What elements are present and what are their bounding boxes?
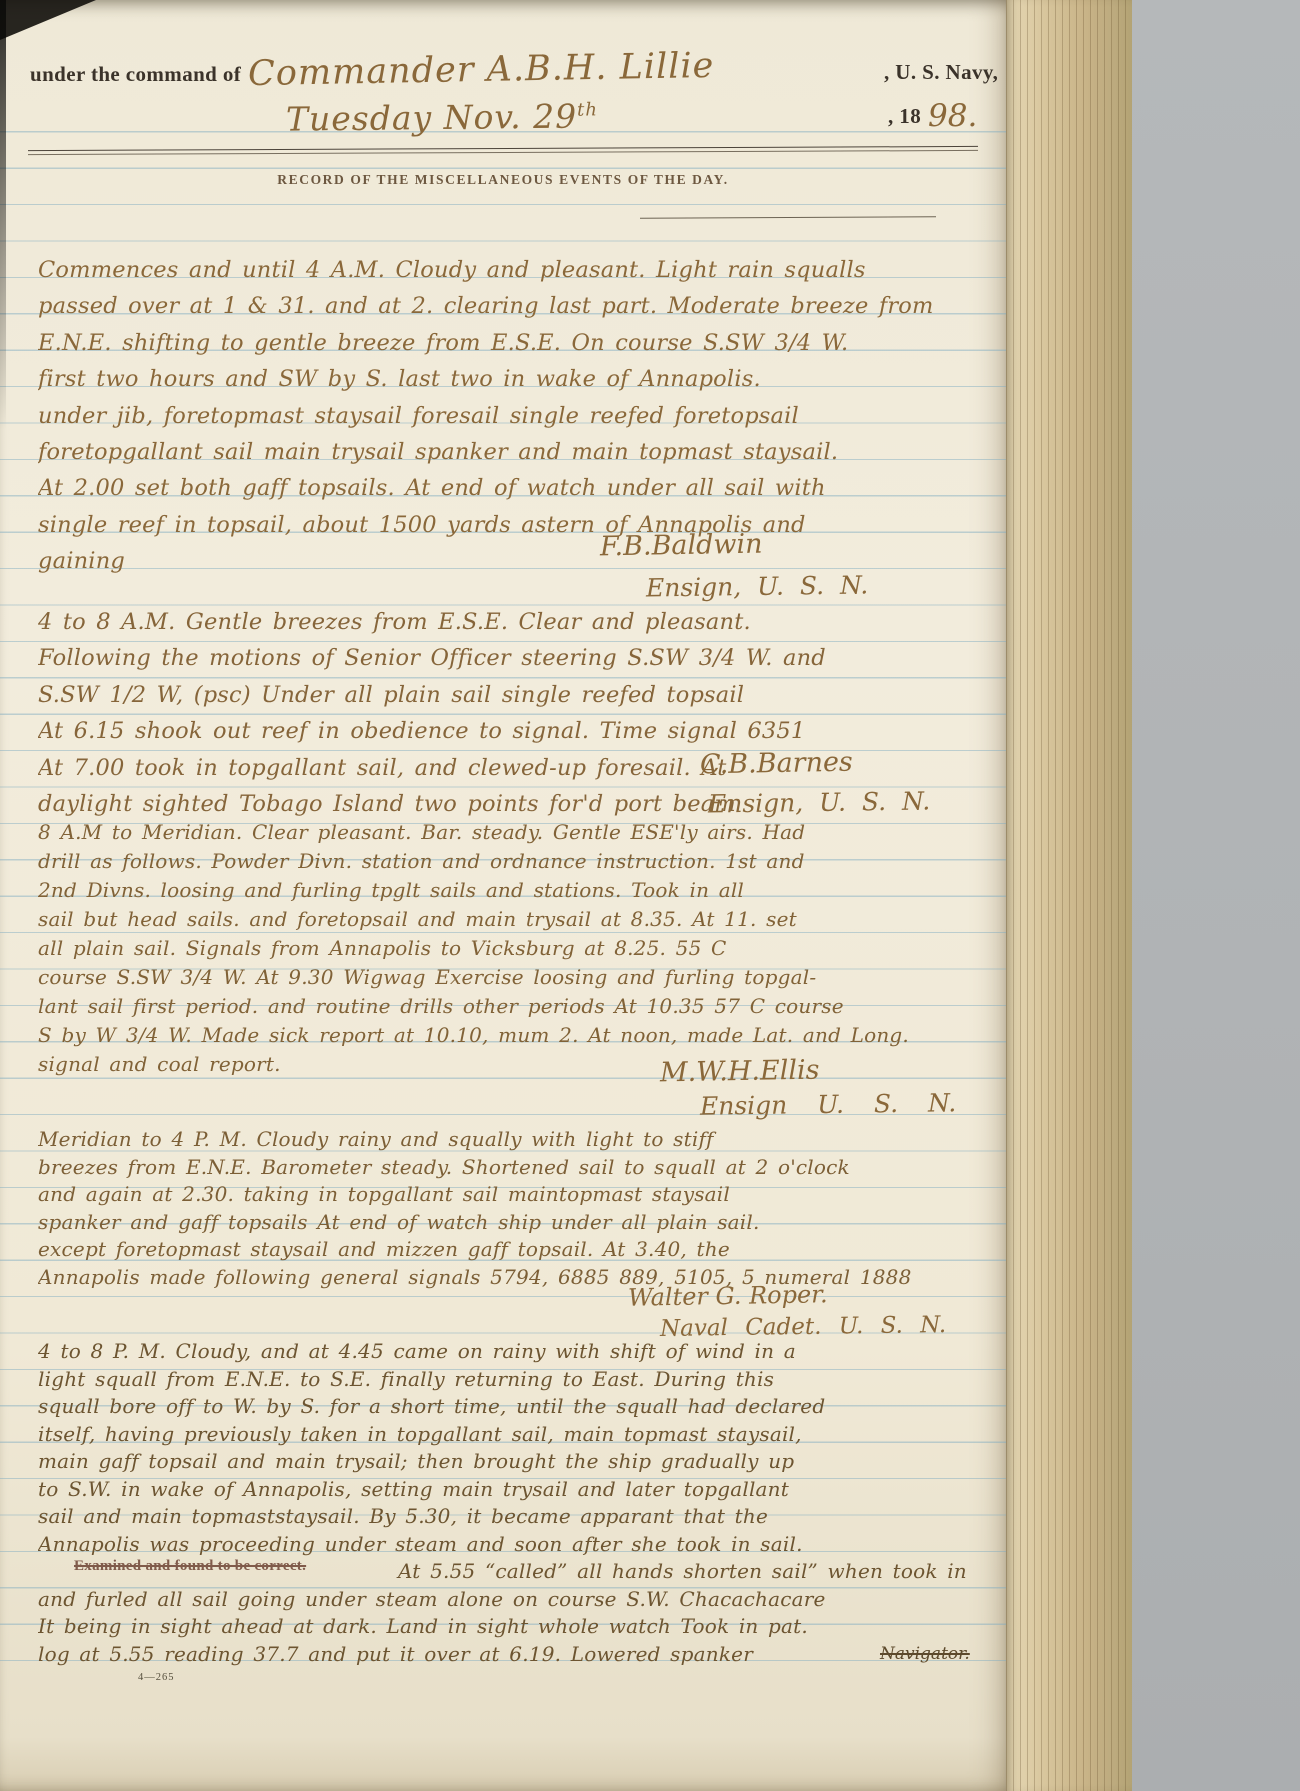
log-line: under jib, foretopmast staysail foresail… [38,398,994,434]
log-line: Annapolis was proceeding under steam and… [38,1531,994,1559]
log-line: passed over at 1 & 31. and at 2. clearin… [38,288,994,324]
log-line: 4 to 8 P. M. Cloudy, and at 4.45 came on… [38,1338,994,1366]
log-line: spanker and gaff topsails At end of watc… [38,1209,994,1237]
log-line: sail but head sails. and foretopsail and… [38,905,994,934]
log-line: foretopgallant sail main trysail spanker… [38,434,994,470]
log-line: At 6.15 shook out reef in obedience to s… [38,713,994,749]
log-line: log at 5.55 reading 37.7 and put it over… [38,1641,994,1669]
log-line: itself, having previously taken in topga… [38,1421,994,1449]
log-line: main gaff topsail and main trysail; then… [38,1448,994,1476]
entry-lines: 8 A.M to Meridian. Clear pleasant. Bar. … [0,818,1006,1079]
log-entry-commences-until-4am: Commences and until 4 A.M. Cloudy and pl… [0,252,1006,580]
navigator-word-struck: Navigator. [880,1644,970,1664]
log-line: Following the motions of Senior Officer … [38,640,994,676]
log-line: to S.W. in wake of Annapolis, setting ma… [38,1476,994,1504]
signature-name: C.B.Barnes [700,747,853,781]
log-line: E.N.E. shifting to gentle breeze from E.… [38,325,994,361]
entry-lines: Commences and until 4 A.M. Cloudy and pl… [0,252,1006,580]
log-line: all plain sail. Signals from Annapolis t… [38,934,994,963]
log-line: breezes from E.N.E. Barometer steady. Sh… [38,1154,994,1182]
log-line: and furled all sail going under steam al… [38,1586,994,1614]
log-entry-4-to-8pm: 4 to 8 P. M. Cloudy, and at 4.45 came on… [0,1338,1006,1668]
entry-lines: 4 to 8 P. M. Cloudy, and at 4.45 came on… [0,1338,1006,1668]
log-line: squall bore off to W. by S. for a short … [38,1393,994,1421]
handwritten-year: 98. [928,98,977,134]
log-line: 2nd Divns. loosing and furling tpglt sai… [38,876,994,905]
log-line: course S.SW 3/4 W. At 9.30 Wigwag Exerci… [38,963,994,992]
log-line: light squall from E.N.E. to S.E. finally… [38,1366,994,1394]
printed-command-prefix: under the command of [30,62,241,87]
log-line: sail and main topmaststaysail. By 5.30, … [38,1503,994,1531]
printed-year-prefix: , 18 [888,104,921,129]
log-line: signal and coal report. [38,1050,994,1079]
handwritten-commander-name: Commander A.B.H. Lillie [248,46,715,94]
log-line: except foretopmast staysail and mizzen g… [38,1236,994,1264]
logbook-page: under the command of Commander A.B.H. Li… [0,0,1006,1791]
examined-stamp-struck: Examined and found to be correct. [74,1558,306,1575]
log-line: S.SW 1/2 W, (psc) Under all plain sail s… [38,677,994,713]
signature-title: Ensign U. S. N. [700,1088,957,1121]
signature-name: Walter G. Roper. [628,1280,828,1311]
log-entry-8am-to-meridian: 8 A.M to Meridian. Clear pleasant. Bar. … [0,818,1006,1079]
log-line: Commences and until 4 A.M. Cloudy and pl… [38,252,994,288]
form-number: 4—265 [138,1672,175,1683]
log-line: Annapolis made following general signals… [38,1264,994,1292]
date-ordinal: th [577,99,598,120]
log-line: drill as follows. Powder Divn. station a… [38,847,994,876]
log-line: S by W 3/4 W. Made sick report at 10.10,… [38,1021,994,1050]
log-entry-meridian-to-4pm: Meridian to 4 P. M. Cloudy rainy and squ… [0,1126,1006,1291]
log-line: Meridian to 4 P. M. Cloudy rainy and squ… [38,1126,994,1154]
log-line: first two hours and SW by S. last two in… [38,361,994,397]
date-text: Tuesday Nov. 29 [286,97,578,139]
log-line: 4 to 8 A.M. Gentle breezes from E.S.E. C… [38,604,994,640]
log-line: and again at 2.30. taking in topgallant … [38,1181,994,1209]
signature-name: F.B.Baldwin [600,529,763,563]
log-line: At 2.00 set both gaff topsails. At end o… [38,470,994,506]
signature-title: Ensign, U. S. N. [646,570,869,602]
scanner-background [1132,0,1300,1791]
scan-corner-shadow [0,0,96,40]
signature-name: M.W.H.Ellis [660,1055,820,1089]
log-line: 8 A.M to Meridian. Clear pleasant. Bar. … [38,818,994,847]
handwritten-date: Tuesday Nov. 29th [286,96,598,138]
log-line: It being in sight ahead at dark. Land in… [38,1613,994,1641]
entry-lines: Meridian to 4 P. M. Cloudy rainy and squ… [0,1126,1006,1291]
page-stack-edge [1006,0,1132,1791]
printed-us-navy: , U. S. Navy, [884,60,998,85]
section-caption: RECORD OF THE MISCELLANEOUS EVENTS OF TH… [0,172,1006,188]
log-line: single reef in topsail, about 1500 yards… [38,507,994,543]
log-line: lant sail first period. and routine dril… [38,992,994,1021]
signature-title: Ensign, U. S. N. [708,786,931,818]
